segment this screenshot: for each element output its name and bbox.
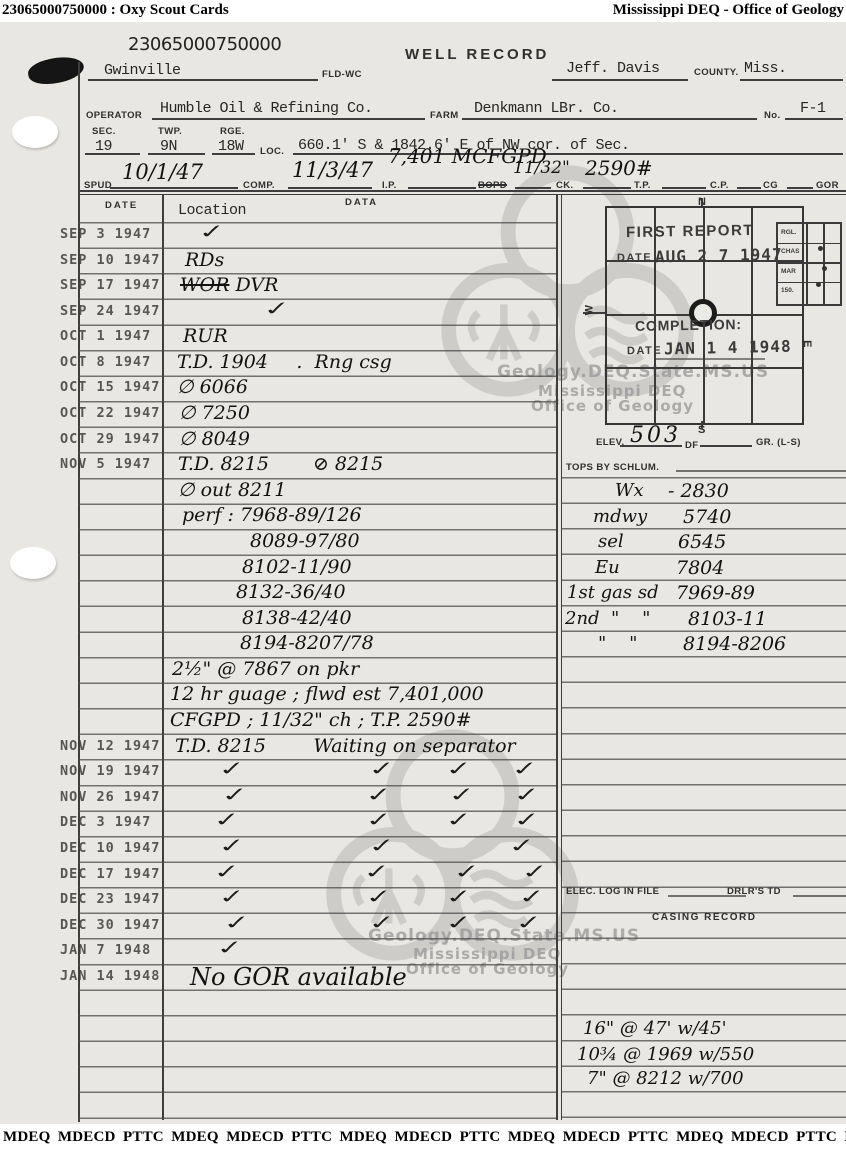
ip-label: I.P. bbox=[382, 180, 397, 191]
ditto-checkmark: ✓ bbox=[444, 758, 474, 782]
tp-label: T.P. bbox=[634, 180, 651, 191]
bopd-label: BOPD bbox=[478, 180, 507, 191]
ditto-checkmark: ✓ bbox=[222, 911, 252, 935]
cg-label: CG bbox=[763, 180, 778, 191]
log-entry-date: SEP 10 1947 bbox=[60, 252, 160, 268]
log-entry-data: ∅ 8049 bbox=[179, 428, 250, 450]
top-name: 2nd " " bbox=[565, 608, 650, 629]
operator-label: OPERATOR bbox=[86, 110, 142, 121]
top-depth: - 2830 bbox=[668, 480, 729, 502]
log-entry-data: 8102-11/90 bbox=[242, 556, 352, 578]
casing-entry: 16" @ 47' w/45' bbox=[583, 1018, 727, 1039]
viewer-footer-bar: MDEQ MDECD PTTC MDEQ MDECD PTTC MDEQ MDE… bbox=[0, 1124, 846, 1151]
tops-by-schlum-label: TOPS BY SCHLUM. bbox=[566, 462, 659, 473]
rge-label: RGE. bbox=[220, 126, 245, 137]
casing-record-label: CASING RECORD bbox=[652, 912, 757, 923]
log-entry-data: ∅ 7250 bbox=[179, 402, 250, 424]
first-report-date-label: DATE bbox=[617, 252, 652, 265]
log-entry-data: ∅ out 8211 bbox=[178, 479, 286, 501]
log-entry-date: DEC 10 1947 bbox=[60, 840, 160, 856]
ditto-checkmark: ✓ bbox=[517, 886, 547, 910]
ditto-checkmark: ✓ bbox=[512, 809, 542, 833]
county-label: COUNTY. bbox=[694, 67, 739, 78]
compass-north: N bbox=[698, 196, 706, 208]
completion-stamp: COMPLETION: bbox=[635, 316, 742, 334]
top-name: mdwy bbox=[593, 506, 647, 527]
footer-orgs-text: MDEQ MDECD PTTC MDEQ MDECD PTTC MDEQ MDE… bbox=[3, 1129, 846, 1146]
log-entry-data: T.D. 8215 Waiting on separator bbox=[175, 735, 516, 757]
ditto-checkmark: ✓ bbox=[362, 860, 392, 884]
ditto-checkmark: ✓ bbox=[220, 783, 250, 807]
log-entry-data: CFGPD ; 11/32" ch ; T.P. 2590# bbox=[170, 709, 472, 731]
operator-value: Humble Oil & Refining Co. bbox=[160, 100, 373, 117]
ditto-checkmark: ✓ bbox=[367, 758, 397, 782]
ditto-checkmark: ✓ bbox=[217, 758, 247, 782]
ditto-checkmark: ✓ bbox=[364, 886, 394, 910]
punch-hole bbox=[12, 116, 58, 148]
ditto-checkmark: ✓ bbox=[452, 860, 482, 884]
spud-value: 10/1/47 bbox=[122, 160, 203, 184]
date-column-header: DATE bbox=[105, 200, 138, 211]
tubing-pressure-value: 2590# bbox=[585, 156, 653, 180]
sec-label: SEC. bbox=[92, 126, 116, 137]
ditto-checkmark: ✓ bbox=[507, 834, 537, 858]
ditto-checkmark: ✓ bbox=[197, 220, 227, 244]
casing-entry: 7" @ 8212 w/700 bbox=[587, 1068, 744, 1089]
torn-edge-mark bbox=[26, 52, 86, 88]
log-entry-date: JAN 14 1948 bbox=[60, 968, 160, 984]
data-column-header: DATA bbox=[345, 197, 378, 208]
ditto-checkmark: ✓ bbox=[447, 783, 477, 807]
top-name: Wx bbox=[615, 480, 644, 501]
ditto-checkmark: ✓ bbox=[217, 834, 247, 858]
ck-label: CK. bbox=[556, 180, 574, 191]
first-report-date: AUG 2 7 1947 bbox=[655, 245, 783, 267]
log-entry-date: DEC 23 1947 bbox=[60, 891, 160, 907]
log-entry-date: OCT 1 1947 bbox=[60, 328, 151, 344]
state-value: Miss. bbox=[744, 60, 787, 77]
log-entry-data: T.D. 8215 ⊘ 8215 bbox=[178, 453, 383, 475]
log-entry-date: JAN 7 1948 bbox=[60, 942, 151, 958]
ditto-checkmark: ✓ bbox=[444, 911, 474, 935]
well-no-label: No. bbox=[764, 110, 781, 121]
compass-west: W bbox=[583, 305, 595, 316]
comp-label: COMP. bbox=[243, 180, 275, 191]
log-entry-data: 8194-8207/78 bbox=[240, 632, 374, 654]
gor-label: GOR bbox=[816, 180, 839, 191]
log-entry-date: SEP 24 1947 bbox=[60, 303, 160, 319]
compass-south: S bbox=[698, 424, 706, 436]
log-entry-date: NOV 26 1947 bbox=[60, 789, 160, 805]
log-entry-data: 8132-36/40 bbox=[236, 581, 346, 603]
spud-label: SPUD bbox=[84, 180, 112, 191]
log-entry-data: WOR DVR bbox=[180, 274, 278, 296]
compass-east: E bbox=[801, 340, 813, 348]
comp-value: 11/3/47 bbox=[292, 158, 373, 182]
ditto-checkmark: ✓ bbox=[512, 783, 542, 807]
ditto-checkmark: ✓ bbox=[262, 297, 292, 321]
ditto-checkmark: ✓ bbox=[367, 834, 397, 858]
top-depth: 8103-11 bbox=[688, 608, 767, 630]
ditto-checkmark: ✓ bbox=[444, 809, 474, 833]
drlrs-td-label: DRLR'S TD bbox=[727, 886, 781, 897]
ditto-checkmark: ✓ bbox=[212, 809, 242, 833]
df-label: DF bbox=[685, 440, 698, 451]
log-entry-date: NOV 5 1947 bbox=[60, 456, 151, 472]
log-entry-data: RDs bbox=[185, 249, 224, 271]
loc-label: LOC. bbox=[260, 146, 284, 157]
log-entry-data: 8089-97/80 bbox=[250, 530, 360, 552]
location-label: Location bbox=[178, 202, 246, 219]
punch-hole bbox=[10, 547, 56, 579]
log-entry-data: 8138-42/40 bbox=[242, 607, 352, 629]
ditto-checkmark: ✓ bbox=[215, 937, 245, 961]
inset-row-label: CHAS bbox=[781, 248, 799, 255]
top-depth: 5740 bbox=[683, 506, 731, 528]
farm-value: Denkmann LBr. Co. bbox=[474, 100, 619, 117]
field-value: Gwinville bbox=[104, 62, 181, 79]
scanned-well-record-page: 23065000750000 : Oxy Scout Cards Mississ… bbox=[0, 0, 846, 1151]
county-value: Jeff. Davis bbox=[566, 60, 660, 77]
first-report-stamp: FIRST REPORT bbox=[626, 222, 754, 241]
top-name: sel bbox=[598, 531, 624, 552]
inset-stamp-box: RGL. CHAS MAR 150. bbox=[776, 222, 842, 306]
field-label: FLD-WC bbox=[322, 69, 362, 80]
log-entry-date: OCT 29 1947 bbox=[60, 431, 160, 447]
casing-entry: 10¾ @ 1969 w/550 bbox=[577, 1044, 754, 1065]
ditto-checkmark: ✓ bbox=[520, 860, 550, 884]
top-depth: 8194-8206 bbox=[683, 633, 786, 655]
ditto-checkmark: ✓ bbox=[367, 911, 397, 935]
completion-date: JAN 1 4 1948 bbox=[664, 337, 792, 359]
log-entry-data: 12 hr guage ; flwd est 7,401,000 bbox=[170, 683, 484, 705]
log-entry-date: NOV 12 1947 bbox=[60, 738, 160, 754]
log-entry-data: RUR bbox=[183, 325, 228, 347]
log-entry-date: SEP 17 1947 bbox=[60, 277, 160, 293]
ditto-checkmark: ✓ bbox=[217, 886, 247, 910]
top-depth: 7969-89 bbox=[676, 582, 755, 604]
cp-label: C.P. bbox=[710, 180, 729, 191]
log-entry-date: OCT 15 1947 bbox=[60, 379, 160, 395]
ditto-checkmark: ✓ bbox=[444, 886, 474, 910]
ditto-checkmark: ✓ bbox=[514, 911, 544, 935]
log-entry-data: ∅ 6066 bbox=[177, 376, 248, 398]
form-title: WELL RECORD bbox=[405, 46, 549, 63]
log-entry-date: DEC 3 1947 bbox=[60, 814, 151, 830]
inset-row-label: MAR bbox=[781, 268, 796, 275]
top-depth: 6545 bbox=[678, 531, 726, 553]
well-no-value: F-1 bbox=[800, 100, 826, 117]
twp-label: TWP. bbox=[158, 126, 182, 137]
inset-row-label: RGL. bbox=[781, 229, 797, 236]
log-entry-data: 2½" @ 7867 on pkr bbox=[172, 658, 359, 680]
farm-label: FARM bbox=[430, 110, 459, 121]
log-entry-data: T.D. 1904 . Rng csg bbox=[177, 351, 392, 373]
log-entry-date: OCT 22 1947 bbox=[60, 405, 160, 421]
choke-value: 11/32" bbox=[513, 158, 570, 178]
log-entry-date: SEP 3 1947 bbox=[60, 226, 151, 242]
log-entry-data: No GOR available bbox=[190, 963, 407, 991]
well-api-number: 23065000750000 bbox=[128, 34, 281, 55]
log-entry-date: DEC 17 1947 bbox=[60, 866, 160, 882]
log-entry-date: NOV 19 1947 bbox=[60, 763, 160, 779]
ditto-checkmark: ✓ bbox=[212, 860, 242, 884]
elec-log-label: ELEC. LOG IN FILE bbox=[566, 886, 659, 897]
top-name: 1st gas sd bbox=[567, 582, 659, 603]
top-name: " " bbox=[598, 633, 637, 654]
log-entry-date: OCT 8 1947 bbox=[60, 354, 151, 370]
completion-date-label: DATE bbox=[627, 345, 662, 358]
top-depth: 7804 bbox=[676, 557, 724, 579]
log-entry-data: perf : 7968-89/126 bbox=[182, 504, 362, 526]
inset-row-label: 150. bbox=[781, 287, 794, 294]
scan-area: Geology.DEQ.State.MS.US Mississippi DEQ … bbox=[0, 0, 846, 1151]
ditto-checkmark: ✓ bbox=[510, 758, 540, 782]
ditto-checkmark: ✓ bbox=[364, 809, 394, 833]
top-name: Eu bbox=[595, 557, 620, 578]
ditto-checkmark: ✓ bbox=[364, 783, 394, 807]
log-entry-date: DEC 30 1947 bbox=[60, 917, 160, 933]
gr-label: GR. (L-S) bbox=[756, 437, 801, 448]
